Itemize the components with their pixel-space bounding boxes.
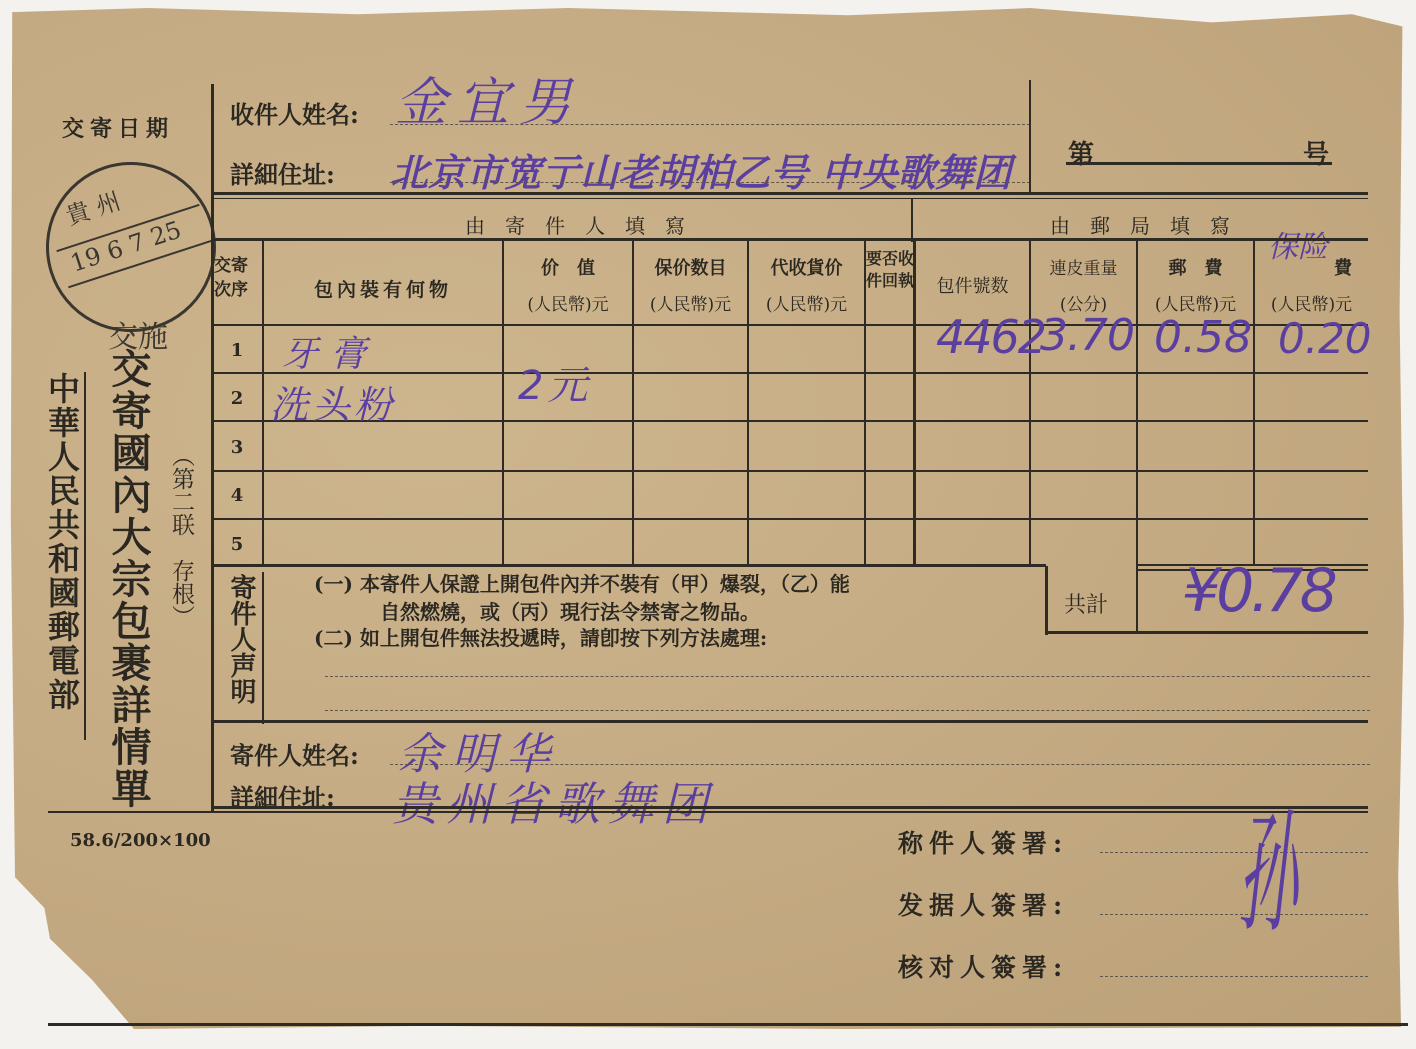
- col-header-postage: 郵 費: [1138, 254, 1253, 280]
- weigher-signature-label: 称件人簽署:: [898, 824, 1068, 860]
- col-header-contents: 包內裝有何物: [264, 275, 502, 302]
- receipt-issuer-signature-field[interactable]: [1100, 914, 1368, 915]
- mailing-date-label: 交寄日期: [62, 112, 174, 143]
- sender-name-label: 寄件人姓名:: [230, 736, 359, 771]
- row-1-postage[interactable]: 0.58: [1154, 312, 1252, 363]
- col-header-fee-unit: (人民幣)元: [1255, 290, 1368, 315]
- col-header-insured: 保价数目: [634, 254, 747, 280]
- col-header-insured-unit: (人民幣)元: [634, 290, 747, 315]
- col-header-fee: 費: [1334, 254, 1352, 280]
- row-1-contents[interactable]: 牙膏: [282, 326, 378, 377]
- checker-signature-field[interactable]: [1100, 976, 1368, 977]
- total-value[interactable]: ¥0.78: [1182, 556, 1334, 626]
- receipt-issuer-signature-label: 发据人簽署:: [898, 886, 1068, 922]
- row-1-value[interactable]: 2元: [518, 354, 591, 411]
- row-1-weight[interactable]: 3.70: [1040, 310, 1134, 361]
- col-header-value-unit: (人民幣)元: [504, 290, 632, 315]
- checker-signature-label: 核对人簽署:: [898, 948, 1068, 984]
- serial-suffix: 号: [1303, 134, 1329, 171]
- print-code: 58.6/200×100: [70, 830, 211, 851]
- row-seq-1: 1: [214, 340, 260, 361]
- sender-section-header: 由 寄 件 人 填 寫: [240, 210, 910, 239]
- weigher-signature-field[interactable]: [1100, 852, 1368, 853]
- row-seq-2: 2: [214, 388, 260, 409]
- postmark-top: 貴 州: [61, 181, 125, 231]
- disposal-instruction-line-1[interactable]: [325, 676, 1370, 677]
- serial-prefix: 第: [1068, 134, 1094, 171]
- declaration-line-1b: 自然燃燒，或（丙）現行法令禁寄之物品。: [380, 596, 760, 625]
- row-1-fee[interactable]: 0.20: [1278, 314, 1372, 363]
- serial-number-field[interactable]: [1100, 134, 1295, 162]
- col-header-parcel-no: 包件號数: [916, 272, 1029, 298]
- row-seq-4: 4: [214, 485, 260, 506]
- total-label: 共計: [1064, 588, 1108, 619]
- declaration-label: 寄件人声明: [226, 574, 256, 704]
- row-seq-3: 3: [214, 437, 260, 458]
- recipient-address-label: 詳細住址:: [230, 155, 335, 190]
- recipient-name-label: 收件人姓名:: [230, 95, 359, 130]
- recipient-address-value[interactable]: 北京市宽亍山老胡柏乙号 中央歌舞团: [390, 142, 1011, 197]
- col-header-cod-unit: (人民幣)元: [749, 290, 864, 315]
- row-2-contents[interactable]: 洗头粉: [270, 374, 396, 429]
- weigher-signature-value: 孙: [1238, 770, 1298, 959]
- col-header-weight: 連皮重量: [1031, 254, 1136, 279]
- row-seq-5: 5: [214, 534, 260, 555]
- col-header-receipt: 要否收件回執: [866, 248, 914, 292]
- insurance-handwritten-label: 保险: [1268, 222, 1328, 266]
- row-1-parcel-no[interactable]: 4462: [936, 310, 1045, 364]
- col-header-value: 价 值: [504, 254, 632, 280]
- issuer: 中華人民共和國郵電部: [44, 372, 80, 712]
- declaration-line-1: (一) 本寄件人保證上開包件內并不裝有（甲）爆裂，（乙）能: [314, 568, 850, 597]
- form-title: 交寄國內大宗包裹詳情單: [106, 348, 150, 810]
- copy-note: （第二联 存根）: [168, 444, 194, 628]
- col-header-sequence: 交寄次序: [214, 254, 262, 302]
- sender-address-value[interactable]: 贵州省歌舞团: [392, 768, 716, 834]
- col-header-cod: 代收貨价: [749, 254, 864, 280]
- disposal-instruction-line-2[interactable]: [325, 710, 1370, 711]
- declaration-line-2: (二) 如上開包件無法投遞時，請卽按下列方法處理:: [314, 622, 767, 651]
